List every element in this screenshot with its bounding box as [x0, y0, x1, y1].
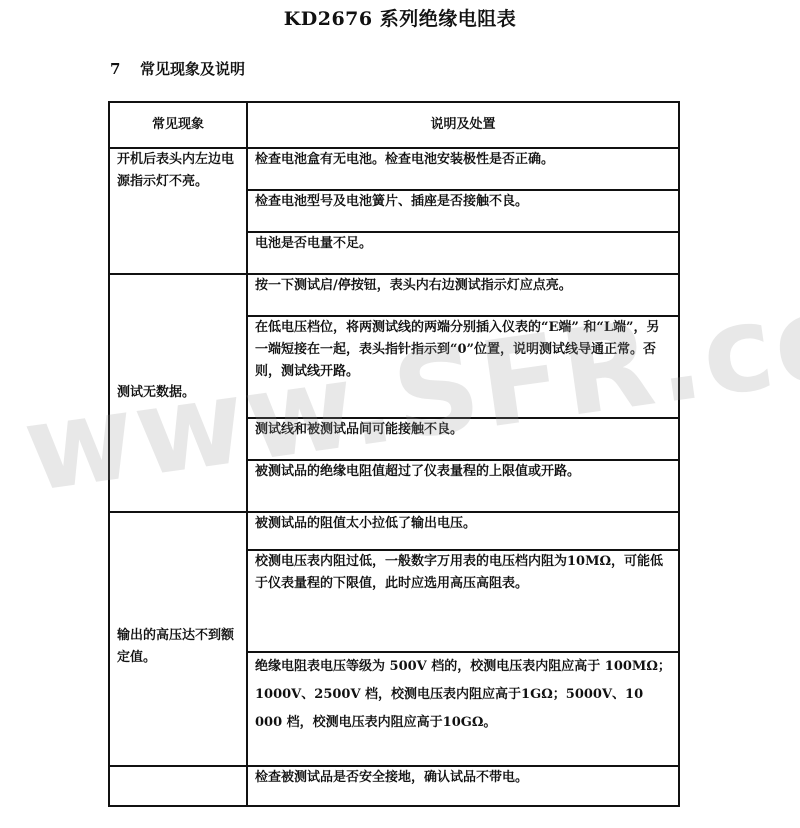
explanation-cell: 电池是否电量不足。 — [247, 232, 679, 274]
table-row: 输出的高压达不到额定值。 被测试品的阻值太小拉低了输出电压。 — [109, 512, 679, 550]
explanation-cell: 检查被测试品是否安全接地，确认试品不带电。 — [247, 766, 679, 806]
section-heading: 7常见现象及说明 — [110, 58, 245, 79]
explanation-cell: 被测试品的阻值太小拉低了输出电压。 — [247, 512, 679, 550]
explanation-cell: 绝缘电阻表电压等级为 500V 档的，校测电压表内阻应高于 100MΩ；1000… — [247, 652, 679, 766]
explanation-cell: 检查电池盒有无电池。检查电池安装极性是否正确。 — [247, 148, 679, 190]
symptom-cell — [109, 766, 247, 806]
troubleshooting-table: 常见现象 说明及处置 开机后表头内左边电源指示灯不亮。 检查电池盒有无电池。检查… — [108, 101, 680, 807]
document-title: KD2676 系列绝缘电阻表 — [0, 4, 800, 31]
explanation-cell: 按一下测试启/停按钮，表头内右边测试指示灯应点亮。 — [247, 274, 679, 316]
symptom-cell: 测试无数据。 — [109, 274, 247, 512]
header-explanation: 说明及处置 — [247, 102, 679, 148]
explanation-cell: 测试线和被测试品间可能接触不良。 — [247, 418, 679, 460]
explanation-cell: 校测电压表内阻过低，一般数字万用表的电压档内阻为10MΩ，可能低于仪表量程的下限… — [247, 550, 679, 652]
section-number: 7 — [110, 60, 140, 78]
symptom-cell: 开机后表头内左边电源指示灯不亮。 — [109, 148, 247, 274]
header-symptom: 常见现象 — [109, 102, 247, 148]
table-row: 检查被测试品是否安全接地，确认试品不带电。 — [109, 766, 679, 806]
table-row: 开机后表头内左边电源指示灯不亮。 检查电池盒有无电池。检查电池安装极性是否正确。 — [109, 148, 679, 190]
table-header-row: 常见现象 说明及处置 — [109, 102, 679, 148]
explanation-cell: 检查电池型号及电池簧片、插座是否接触不良。 — [247, 190, 679, 232]
explanation-cell: 在低电压档位，将两测试线的两端分别插入仪表的“E端” 和“L端”，另一端短接在一… — [247, 316, 679, 418]
table-row: 测试无数据。 按一下测试启/停按钮，表头内右边测试指示灯应点亮。 — [109, 274, 679, 316]
symptom-cell: 输出的高压达不到额定值。 — [109, 512, 247, 766]
explanation-cell: 被测试品的绝缘电阻值超过了仪表量程的上限值或开路。 — [247, 460, 679, 512]
section-title: 常见现象及说明 — [140, 60, 245, 78]
